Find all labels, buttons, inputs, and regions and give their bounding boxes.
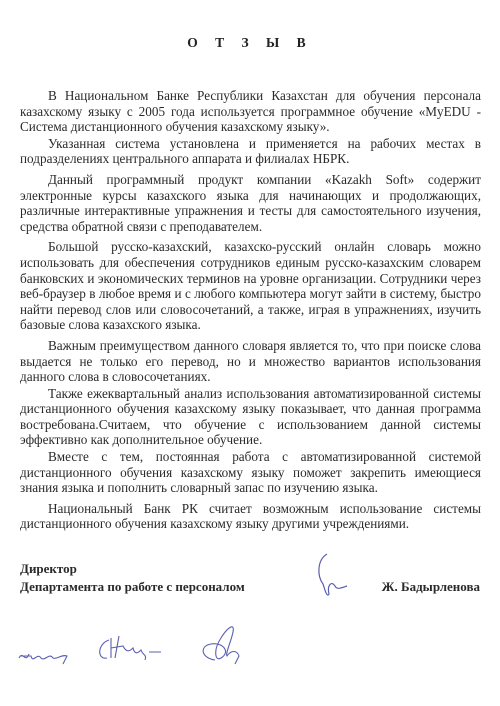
- paragraph-3: Данный программный продукт компании «Kaz…: [20, 172, 481, 234]
- paragraph-8: Национальный Банк РК считает возможным и…: [20, 501, 481, 532]
- paragraph-2: Указанная система установлена и применяе…: [20, 136, 481, 167]
- initials-signature-1-icon: [15, 640, 75, 670]
- signatory-position-line1: Директор: [20, 560, 480, 578]
- signature-block: Директор Департамента по работе с персон…: [20, 560, 480, 596]
- initials-signature-3-icon: [195, 620, 250, 670]
- page-title: О Т З Ы В: [0, 35, 500, 51]
- initials-signature-2-icon: [95, 630, 165, 670]
- document-body: В Национальном Банке Республики Казахста…: [20, 88, 481, 537]
- paragraph-5: Важным преимуществом данного словаря явл…: [20, 338, 481, 385]
- director-signature-icon: [315, 550, 355, 600]
- paragraph-4: Большой русско-казахский, казахско-русск…: [20, 239, 481, 333]
- paragraph-1: В Национальном Банке Республики Казахста…: [20, 88, 481, 135]
- signatory-name: Ж. Бадырленова: [382, 578, 480, 596]
- paragraph-7: Вместе с тем, постоянная работа с автома…: [20, 449, 481, 496]
- paragraph-6: Также ежеквартальный анализ использовани…: [20, 386, 481, 448]
